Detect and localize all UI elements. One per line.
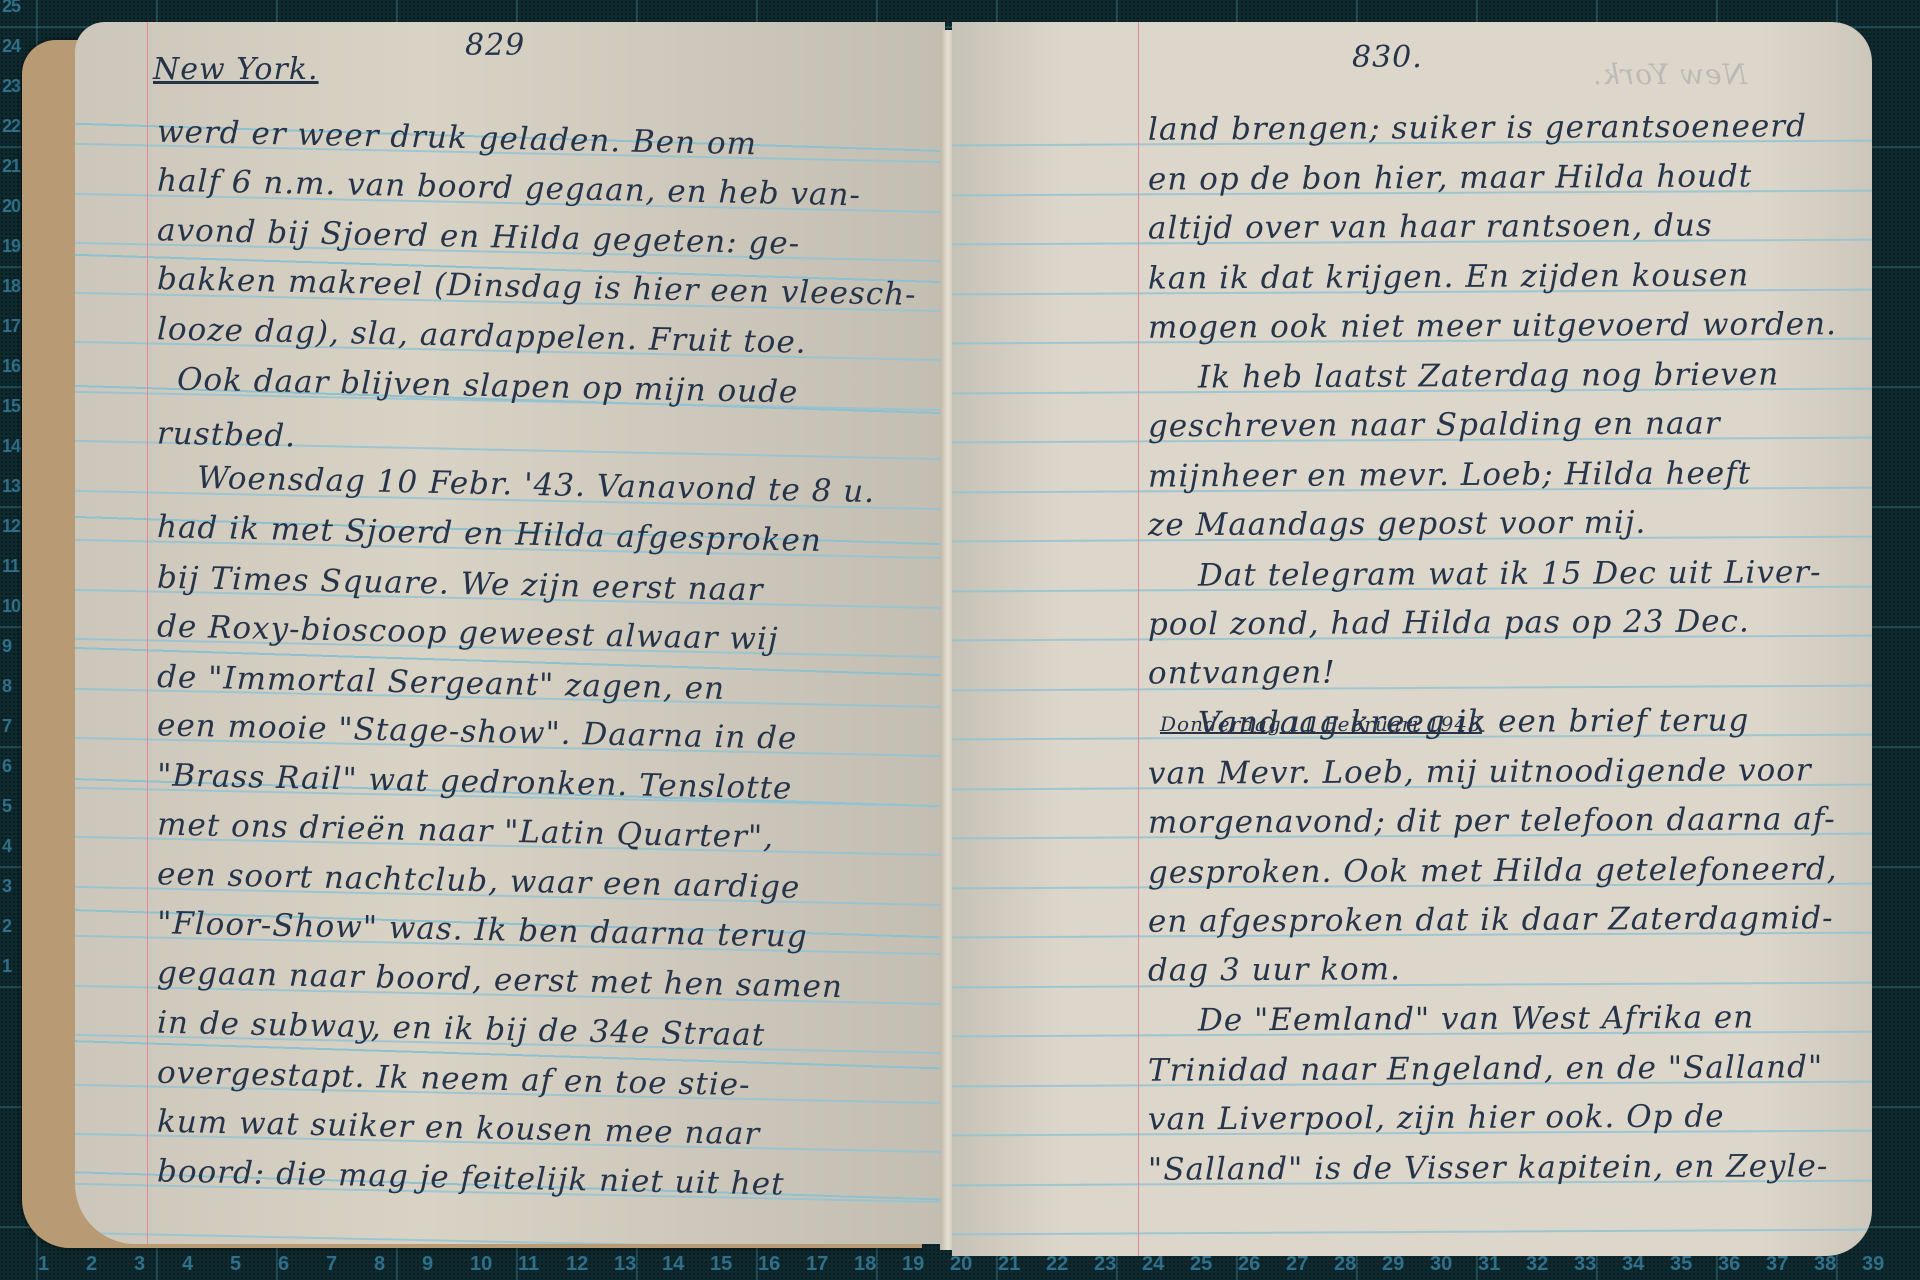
handwritten-line: geschreven naar Spalding en naar <box>1148 406 1721 445</box>
ruler-mark: 34 <box>1622 1253 1644 1276</box>
handwritten-line: van Mevr. Loeb, mij uitnoodigende voor <box>1148 752 1812 791</box>
handwritten-line: ze Maandags gepost voor mij. <box>1148 505 1647 544</box>
ruler-mark: 16 <box>2 356 20 377</box>
ruler-mark: 32 <box>1526 1253 1548 1276</box>
bleed-through-heading: New York. <box>1592 58 1747 91</box>
ruler-mark: 12 <box>566 1253 588 1276</box>
ruler-mark: 37 <box>1766 1253 1788 1276</box>
ruler-mark: 22 <box>2 116 20 137</box>
handwritten-line: Vandaag kreeg ik een brief terug <box>1198 703 1749 742</box>
ruler-mark: 6 <box>2 756 11 777</box>
ruler-mark: 21 <box>2 156 20 177</box>
ruler-mark: 7 <box>326 1253 337 1276</box>
ruler-mark: 39 <box>1862 1253 1884 1276</box>
handwritten-line: van Liverpool, zijn hier ook. Op de <box>1148 1098 1725 1137</box>
ruler-mark: 31 <box>1478 1253 1500 1276</box>
ruler-mark: 5 <box>230 1253 241 1276</box>
ruler-mark: 14 <box>2 436 20 457</box>
handwritten-line: mijnheer en mevr. Loeb; Hilda heeft <box>1148 455 1751 494</box>
ruler-mark: 23 <box>2 76 20 97</box>
location-heading: New York. <box>153 52 319 87</box>
ruler-mark: 14 <box>662 1253 684 1276</box>
handwritten-line: dag 3 uur kom. <box>1148 951 1401 988</box>
ruler-mark: 5 <box>2 796 11 817</box>
margin-line <box>147 22 148 1244</box>
handwritten-line: altijd over van haar rantsoen, dus <box>1148 208 1713 247</box>
ruled-line <box>952 684 1872 691</box>
ruled-line <box>952 1229 1872 1236</box>
ruler-mark: 25 <box>2 0 20 17</box>
ruler-mark: 8 <box>2 676 11 697</box>
ruler-mark: 13 <box>614 1253 636 1276</box>
ruler-mark: 16 <box>758 1253 780 1276</box>
ruler-mark: 3 <box>2 876 11 897</box>
ruler-mark: 9 <box>422 1253 433 1276</box>
ruler-mark: 12 <box>2 516 20 537</box>
handwritten-line: land brengen; suiker is gerantsoeneerd <box>1148 108 1807 147</box>
ruler-mark: 22 <box>1046 1253 1068 1276</box>
handwritten-line: Ik heb laatst Zaterdag nog brieven <box>1198 356 1779 395</box>
margin-line <box>1138 22 1139 1256</box>
ruler-mark: 27 <box>1286 1253 1308 1276</box>
ruled-line <box>75 1232 945 1244</box>
handwritten-line: Trinidad naar Engeland, en de "Salland" <box>1148 1049 1823 1089</box>
ruler-mark: 7 <box>2 716 11 737</box>
ruled-line <box>952 981 1872 988</box>
ruler-mark: 9 <box>2 636 11 657</box>
ruler-mark: 8 <box>374 1253 385 1276</box>
ruler-mark: 13 <box>2 476 20 497</box>
ruler-mark: 17 <box>2 316 20 337</box>
handwritten-line: Dat telegram wat ik 15 Dec uit Liver- <box>1198 554 1822 593</box>
ruler-mark: 17 <box>806 1253 828 1276</box>
ruler-mark: 1 <box>38 1253 49 1276</box>
handwritten-line: pool zond, had Hilda pas op 23 Dec. <box>1148 603 1750 642</box>
ruler-mark: 3 <box>134 1253 145 1276</box>
ruler-mark: 6 <box>278 1253 289 1276</box>
ruler-mark: 33 <box>1574 1253 1596 1276</box>
page-number: 830. <box>1352 40 1423 75</box>
ruler-mark: 11 <box>2 556 19 577</box>
ruler-mark: 24 <box>2 36 20 57</box>
ruler-mark: 29 <box>1382 1253 1404 1276</box>
ruler-mark: 2 <box>2 916 11 937</box>
ruler-mark: 4 <box>182 1253 193 1276</box>
ruler-mark: 28 <box>1334 1253 1356 1276</box>
handwritten-line: gesproken. Ook met Hilda getelefoneerd, <box>1148 851 1838 891</box>
ruler-mark: 20 <box>2 196 20 217</box>
ruler-mark: 11 <box>518 1253 539 1276</box>
handwritten-line: De "Eemland" van West Afrika en <box>1198 1000 1754 1039</box>
ruler-mark: 4 <box>2 836 11 857</box>
ruler-mark: 38 <box>1814 1253 1836 1276</box>
ruler-mark: 30 <box>1430 1253 1452 1276</box>
left-page: New York. 829 werd er weer druk geladen.… <box>75 22 945 1244</box>
handwritten-line: kan ik dat krijgen. En zijden kousen <box>1148 257 1749 296</box>
handwritten-line: rustbed. <box>157 416 297 455</box>
ruler-mark: 19 <box>902 1253 924 1276</box>
handwritten-line: en afgesproken dat ik daar Zaterdagmid- <box>1148 900 1834 940</box>
ruler-mark: 15 <box>2 396 20 417</box>
handwritten-line: morgenavond; dit per telefoon daarna af- <box>1148 801 1836 841</box>
ruler-mark: 10 <box>2 596 20 617</box>
ruler-mark: 21 <box>998 1253 1020 1276</box>
ruler-mark: 35 <box>1670 1253 1692 1276</box>
ruler-mark: 2 <box>86 1253 97 1276</box>
page-number: 829 <box>465 28 525 63</box>
handwritten-line: "Salland" is de Visser kapitein, en Zeyl… <box>1148 1148 1828 1188</box>
handwritten-line: ontvangen! <box>1148 654 1336 691</box>
ruler-mark: 18 <box>854 1253 876 1276</box>
ruler-mark: 25 <box>1190 1253 1212 1276</box>
ruler-mark: 18 <box>2 276 20 297</box>
ruler-mark: 23 <box>1094 1253 1116 1276</box>
ruler-mark: 19 <box>2 236 20 257</box>
handwritten-line: en op de bon hier, maar Hilda houdt <box>1148 158 1752 197</box>
ruler-mark: 24 <box>1142 1253 1164 1276</box>
ruler-mark: 10 <box>470 1253 492 1276</box>
ruler-mark: 15 <box>710 1253 732 1276</box>
ruler-mark: 36 <box>1718 1253 1740 1276</box>
ruler-mark: 1 <box>2 956 11 977</box>
ruler-mark: 20 <box>950 1253 972 1276</box>
handwritten-line: mogen ook niet meer uitgevoerd worden. <box>1148 306 1837 346</box>
right-page: 830. New York. Donderdag 11 Februari 194… <box>952 22 1872 1256</box>
ruler-mark: 26 <box>1238 1253 1260 1276</box>
